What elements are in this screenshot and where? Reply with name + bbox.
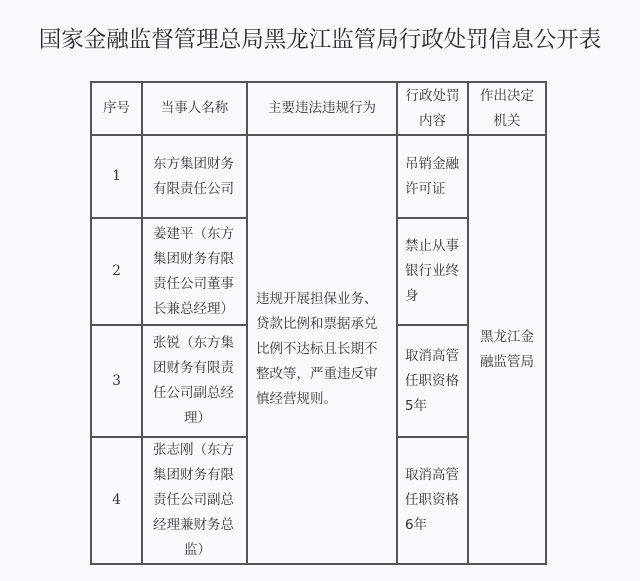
penalty-line: 5年 xyxy=(405,394,465,419)
party-name-line: 团财务有限责 xyxy=(153,356,242,381)
violation-line: 比例不达标且长期不 xyxy=(256,337,392,362)
penalty-content: 禁止从事 银行业终 身 xyxy=(397,218,468,325)
penalty-line: 银行业终 xyxy=(405,259,465,284)
penalty-content: 吊销金融 许可证 xyxy=(397,135,468,218)
penalty-line: 任职资格 xyxy=(405,369,465,394)
penalty-line: 禁止从事 xyxy=(405,234,465,259)
row-number: 2 xyxy=(91,218,142,325)
violation-line: 贷款比例和票据承兑 xyxy=(256,312,392,337)
row-number: 3 xyxy=(91,325,142,437)
party-name: 东方集团财务 有限责任公司 xyxy=(142,135,247,218)
party-name-line: 经理兼财务总 xyxy=(153,513,242,538)
violation-line: 慎经营规则。 xyxy=(256,387,392,412)
party-name-line: 东方集团财务 xyxy=(153,152,242,177)
authority-line: 黑龙江金 xyxy=(475,325,539,350)
header-authority-line: 机关 xyxy=(469,109,545,134)
party-name-line: 集团财务有限 xyxy=(153,463,242,488)
party-name-line: 长兼总经理） xyxy=(153,297,242,322)
violation-description: 违规开展担保业务、 贷款比例和票据承兑 比例不达标且长期不 整改等，严重违反审 … xyxy=(247,135,397,564)
party-name: 张志刚（东方 集团财务有限 责任公司副总 经理兼财务总 监） xyxy=(142,437,247,564)
penalty-line: 许可证 xyxy=(405,177,465,202)
header-penalty-line: 内容 xyxy=(398,109,467,134)
violation-line: 整改等，严重违反审 xyxy=(256,362,392,387)
row-number: 1 xyxy=(91,135,142,218)
party-name-line: 理） xyxy=(153,406,242,431)
party-name-line: 任公司副总经 xyxy=(153,381,242,406)
table-row: 1 东方集团财务 有限责任公司 违规开展担保业务、 贷款比例和票据承兑 比例不达… xyxy=(91,135,546,218)
penalty-content: 取消高管 任职资格 5年 xyxy=(397,325,468,437)
page-title: 国家金融监督管理总局黑龙江监管局行政处罚信息公开表 xyxy=(0,22,640,54)
header-party: 当事人名称 xyxy=(142,82,247,135)
decision-authority: 黑龙江金 融监管局 xyxy=(468,135,546,564)
party-name: 张锐（东方集 团财务有限责 任公司副总经 理） xyxy=(142,325,247,437)
row-number: 4 xyxy=(91,437,142,564)
header-authority: 作出决定 机关 xyxy=(468,82,546,135)
party-name: 姜建平（东方 集团财务有限 责任公司董事 长兼总经理） xyxy=(142,218,247,325)
party-name-line: 集团财务有限 xyxy=(153,247,242,272)
penalty-content: 取消高管 任职资格 6年 xyxy=(397,437,468,564)
penalty-line: 吊销金融 xyxy=(405,152,465,177)
violation-line: 违规开展担保业务、 xyxy=(256,287,392,312)
header-violation: 主要违法违规行为 xyxy=(247,82,397,135)
penalty-line: 6年 xyxy=(405,513,465,538)
party-name-line: 姜建平（东方 xyxy=(153,222,242,247)
party-name-line: 责任公司副总 xyxy=(153,488,242,513)
party-name-line: 张志刚（东方 xyxy=(153,438,242,463)
table-header-row: 序号 当事人名称 主要违法违规行为 行政处罚 内容 作出决定 机关 xyxy=(91,82,546,135)
party-name-line: 监） xyxy=(153,538,242,563)
party-name-line: 张锐（东方集 xyxy=(153,331,242,356)
penalty-line: 身 xyxy=(405,284,465,309)
header-penalty: 行政处罚 内容 xyxy=(397,82,468,135)
penalty-line: 取消高管 xyxy=(405,463,465,488)
party-name-line: 有限责任公司 xyxy=(153,177,242,202)
party-name-line: 责任公司董事 xyxy=(153,272,242,297)
penalty-table: 序号 当事人名称 主要违法违规行为 行政处罚 内容 作出决定 机关 1 东方集团… xyxy=(90,81,547,565)
header-penalty-line: 行政处罚 xyxy=(398,84,467,109)
penalty-line: 取消高管 xyxy=(405,344,465,369)
header-authority-line: 作出决定 xyxy=(469,84,545,109)
header-no: 序号 xyxy=(91,82,142,135)
penalty-line: 任职资格 xyxy=(405,488,465,513)
authority-line: 融监管局 xyxy=(475,350,539,375)
